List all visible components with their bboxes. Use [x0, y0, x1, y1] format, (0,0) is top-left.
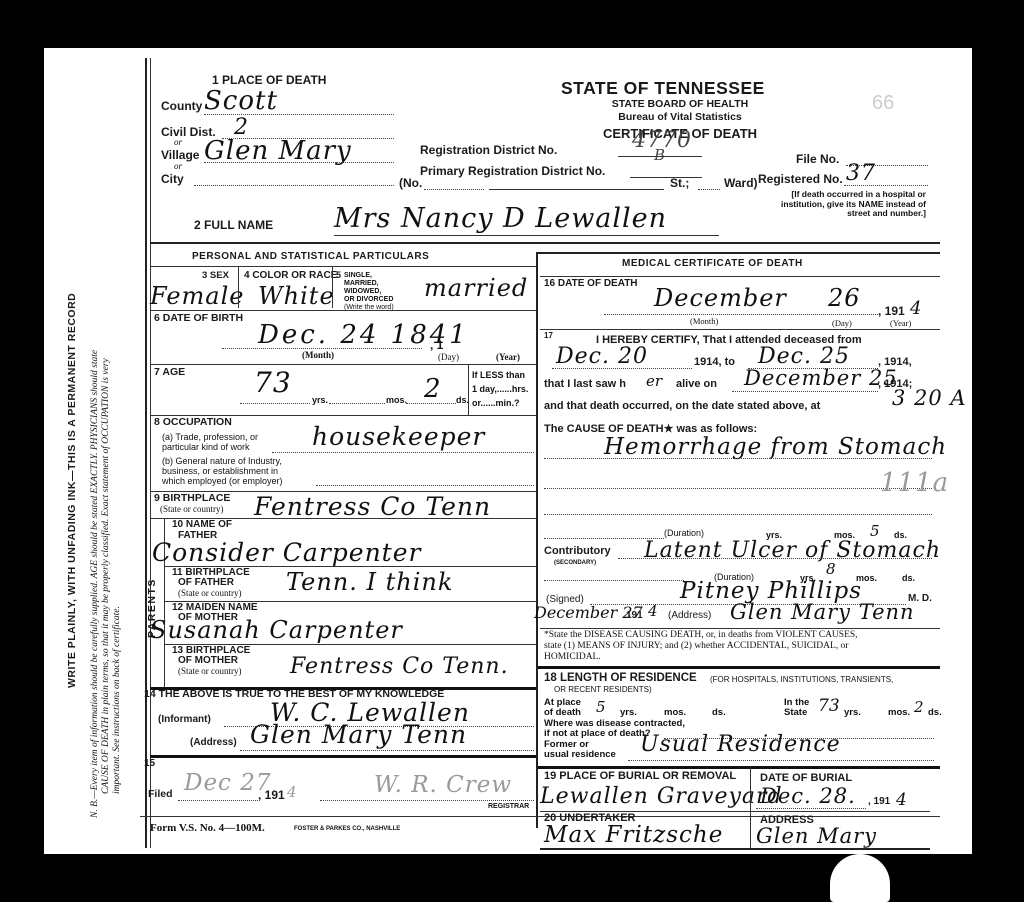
- birthplace-value: Fentress Co Tenn: [254, 492, 491, 521]
- age-years-line: [240, 403, 310, 404]
- months-caption: mos.: [664, 708, 686, 718]
- at-place-label: of death: [544, 708, 581, 718]
- former-residence-value: Usual Residence: [640, 732, 841, 757]
- frame-left-rule-inner: [150, 58, 151, 848]
- mother-birthplace-sublabel: (State or country): [178, 666, 241, 676]
- personal-section-title: PERSONAL AND STATISTICAL PARTICULARS: [192, 251, 429, 262]
- former-residence-line: [628, 760, 934, 761]
- footnote-line-2: state (1) MEANS OF INJURY; and (2) wheth…: [544, 641, 848, 652]
- contributory-duration-months: 8: [826, 560, 836, 578]
- father-name-value: Consider Carpenter: [152, 538, 421, 567]
- years-caption: yrs.: [620, 708, 637, 718]
- death-day-value: 26: [828, 284, 861, 312]
- torn-paper-edge: [830, 854, 890, 902]
- filed-label: Filed: [148, 788, 173, 800]
- burial-year-prefix: , 191: [868, 796, 890, 807]
- cause-of-death-value: Hemorrhage from Stomach: [604, 434, 947, 460]
- printer-credit: FOSTER & PARKES CO., NASHVILLE: [294, 825, 400, 833]
- burial-date-line: [756, 808, 866, 809]
- death-certificate: WRITE PLAINLY, WITH UNFADING INK—THIS IS…: [44, 48, 972, 854]
- marital-option: OR DIVORCED: [344, 296, 393, 304]
- instructions-note-2: CAUSE OF DEATH in plain terms, so that i…: [101, 358, 111, 794]
- registered-number-value: 37: [846, 161, 876, 186]
- father-name-label: 10 NAME OF: [172, 520, 232, 530]
- signed-year-prefix: 191: [626, 610, 643, 621]
- residence-label: 18 LENGTH OF RESIDENCE: [544, 672, 697, 684]
- physician-address-value: Glen Mary Tenn: [730, 600, 915, 624]
- filing-number: 15: [144, 758, 155, 769]
- marital-option: WIDOWED,: [344, 288, 381, 296]
- street-line: [489, 189, 664, 190]
- primary-registration-line: [630, 177, 702, 178]
- cause-code: 111a: [880, 468, 949, 498]
- informant-address-label: (Address): [190, 737, 237, 748]
- years-caption: yrs.: [312, 395, 328, 405]
- death-month-value: December: [654, 284, 787, 312]
- mother-name-value: Susanah Carpenter: [150, 616, 403, 644]
- row-rule: [150, 364, 536, 365]
- mother-birthplace-value: Fentress Co Tenn.: [290, 654, 509, 679]
- mother-birthplace-label: OF MOTHER: [178, 656, 238, 666]
- last-saw-line: [732, 391, 878, 392]
- frame-left-rule: [145, 58, 147, 848]
- months-caption: mos.: [386, 395, 407, 405]
- months-caption: mos.: [888, 708, 910, 718]
- disease-contracted-label: if not at place of death?: [544, 729, 651, 739]
- village-line: [204, 162, 394, 163]
- county-label: County: [161, 99, 202, 113]
- duration-label: (Duration): [664, 528, 704, 538]
- street-number-label: (No.: [399, 176, 422, 190]
- cause-line-3: [544, 514, 932, 515]
- age-days-line: [406, 403, 456, 404]
- dob-label: 6 DATE OF BIRTH: [154, 312, 243, 324]
- month-caption: (Month): [690, 316, 718, 326]
- footnote-line-3: HOMICIDAL.: [544, 652, 601, 663]
- section-rule: [538, 666, 940, 669]
- industry-label: business, or establishment in: [162, 466, 278, 476]
- form-number: Form V.S. No. 4—100M.: [150, 822, 265, 834]
- marital-option: SINGLE,: [344, 272, 372, 280]
- year-caption: (Year): [890, 318, 911, 328]
- burial-date-value: Dec. 28.: [760, 784, 856, 808]
- informant-address-value: Glen Mary Tenn: [250, 720, 467, 749]
- row-rule: [540, 329, 940, 330]
- medical-title-rule: [540, 276, 940, 277]
- secondary-label: (SECONDARY): [554, 559, 596, 567]
- registration-district-label: Registration District No.: [420, 143, 557, 157]
- residence-note: (FOR HOSPITALS, INSTITUTIONS, TRANSIENTS…: [710, 676, 893, 684]
- burial-place-value: Lewallen Graveyard: [540, 784, 783, 809]
- instructions-note-1: N. B.—Every item of information should b…: [90, 350, 101, 818]
- father-birthplace-sublabel: (State or country): [178, 588, 241, 598]
- row-rule: [540, 628, 940, 629]
- village-label: Village: [161, 148, 199, 162]
- marital-value: married: [424, 274, 528, 302]
- industry-line: [316, 485, 534, 486]
- registration-district-line: [618, 156, 702, 157]
- footnote-line-1: *State the DISEASE CAUSING DEATH, or, in…: [544, 630, 858, 641]
- section-rule: [150, 755, 536, 758]
- in-state-years-value: 73: [818, 696, 840, 716]
- former-residence-label: usual residence: [544, 750, 616, 760]
- contributory-label: Contributory: [544, 545, 611, 557]
- day-caption: (Day): [832, 318, 852, 328]
- primary-registration-label: Primary Registration District No.: [420, 164, 605, 178]
- occupation-label: 8 OCCUPATION: [154, 416, 232, 428]
- father-birthplace-label: OF FATHER: [178, 578, 234, 588]
- state-title: STATE OF TENNESSEE: [561, 78, 765, 99]
- ward-line: [698, 189, 720, 190]
- marital-option: MARRIED,: [344, 280, 379, 288]
- month-caption: (Month): [302, 350, 334, 360]
- years-caption: yrs.: [844, 708, 861, 718]
- last-saw-pronoun: er: [646, 372, 662, 390]
- attended-from-year: 1914, to: [694, 356, 735, 368]
- section-rule: [538, 766, 940, 769]
- registrar-line: [320, 800, 534, 801]
- filed-year-value: 4: [287, 783, 297, 801]
- personal-title-rule: [150, 266, 536, 267]
- death-year-prefix: , 191: [878, 304, 905, 318]
- registrar-label: REGISTRAR: [488, 803, 529, 811]
- undertaker-value: Max Fritzsche: [544, 822, 723, 848]
- burial-date-label: DATE OF BURIAL: [760, 772, 852, 784]
- sex-label: 3 SEX: [202, 270, 229, 281]
- less-than-minutes: or......min.?: [472, 398, 520, 408]
- stamp-number: 66: [872, 92, 894, 115]
- burial-place-label: 19 PLACE OF BURIAL OR REMOVAL: [544, 770, 736, 782]
- street-label: St.;: [670, 176, 689, 190]
- county-line: [204, 114, 394, 115]
- bottom-rule-right: [540, 848, 930, 850]
- industry-label: which employed (or employer): [162, 476, 283, 486]
- father-birthplace-value: Tenn. I think: [286, 568, 453, 596]
- city-label: City: [161, 172, 184, 186]
- attended-from-value: Dec. 20: [556, 344, 648, 369]
- burial-divider: [750, 766, 751, 848]
- sex-value: Female: [150, 282, 245, 310]
- dob-year-prefix: , 1: [430, 338, 443, 352]
- filed-year-prefix: , 191: [258, 788, 285, 802]
- contributory-line: [618, 558, 932, 559]
- registered-number-line: [844, 185, 928, 186]
- column-divider: [536, 253, 538, 828]
- bottom-rule: [140, 816, 940, 817]
- registered-number-label: Registered No.: [758, 172, 843, 186]
- board-title: STATE BOARD OF HEALTH: [600, 98, 760, 110]
- informant-address-line: [240, 750, 534, 751]
- signed-year-value: 4: [648, 602, 658, 620]
- instructions-note-3: important. See instructions on back of c…: [112, 606, 122, 794]
- or-label: or: [174, 137, 182, 147]
- sex-divider: [238, 266, 239, 308]
- death-date-line: [604, 314, 878, 315]
- physician-address-label: (Address): [668, 610, 711, 621]
- contributory-duration-line: [544, 580, 684, 581]
- occupation-a-label: particular kind of work: [162, 442, 250, 452]
- days-caption: ds.: [902, 573, 915, 583]
- medical-title-rule-top: [536, 252, 940, 254]
- burial-year-value: 4: [896, 790, 907, 810]
- days-caption: ds.: [712, 708, 726, 718]
- occupation-a-label: (a) Trade, profession, or: [162, 432, 258, 442]
- row-rule: [150, 310, 536, 311]
- full-name-line: [334, 235, 719, 236]
- full-name-value: Mrs Nancy D Lewallen: [334, 203, 667, 234]
- age-years-value: 73: [254, 366, 292, 399]
- contributory-value: Latent Ulcer of Stomach: [644, 538, 941, 563]
- certify-number: 17: [544, 331, 553, 340]
- file-number-label: File No.: [796, 152, 839, 166]
- age-days-value: 2: [424, 374, 442, 404]
- cause-line-1: [544, 458, 932, 459]
- less-than-label: If LESS than: [472, 370, 525, 380]
- last-saw-date-value: December 25: [744, 366, 898, 390]
- age-months-line: [329, 403, 385, 404]
- number-line: [424, 189, 484, 190]
- less-than-hours: 1 day,......hrs.: [472, 384, 528, 394]
- filed-date-line: [178, 800, 258, 801]
- dob-line: [222, 348, 422, 349]
- date-of-death-label: 16 DATE OF DEATH: [544, 278, 638, 289]
- cause-line-2: [544, 488, 932, 489]
- hospital-note: [If death occurred in a hospital or inst…: [766, 190, 926, 219]
- or-label: or: [174, 161, 182, 171]
- residence-note: OR RECENT RESIDENTS): [554, 686, 652, 694]
- year-caption: (Year): [496, 352, 520, 362]
- age-label: 7 AGE: [154, 366, 185, 378]
- last-saw-label: that I last saw h: [544, 378, 626, 390]
- in-state-days-value: 2: [914, 698, 924, 716]
- day-caption: (Day): [438, 352, 459, 362]
- full-name-label: 2 FULL NAME: [194, 218, 273, 232]
- name-divider: [150, 242, 940, 244]
- industry-label: (b) General nature of Industry,: [162, 456, 282, 466]
- birthplace-label: 9 BIRTHPLACE: [154, 492, 230, 504]
- death-time-value: 3 20 A: [892, 386, 967, 410]
- informant-label: (Informant): [158, 714, 211, 725]
- race-divider: [332, 266, 333, 308]
- attended-from-line: [552, 368, 692, 369]
- less-than-divider: [468, 364, 469, 416]
- city-line: [194, 185, 394, 186]
- death-occurred-label: and that death occurred, on the date sta…: [544, 400, 820, 412]
- county-value: Scott: [204, 86, 278, 116]
- undertaker-address-value: Glen Mary: [756, 824, 877, 848]
- race-value: White: [258, 282, 335, 310]
- ward-label: Ward): [724, 176, 758, 190]
- medical-section-title: MEDICAL CERTIFICATE OF DEATH: [622, 258, 803, 269]
- occupation-value: housekeeper: [312, 422, 485, 451]
- in-state-label: State: [784, 708, 807, 718]
- last-saw-label: alive on: [676, 378, 717, 390]
- place-of-death-label: 1 PLACE OF DEATH: [212, 73, 326, 87]
- registration-district-subvalue: B: [654, 146, 666, 164]
- birthplace-sublabel: (State or country): [160, 504, 223, 514]
- marital-label-number: 5: [336, 270, 341, 280]
- race-label: 4 COLOR OR RACE: [244, 270, 337, 281]
- death-year-value: 4: [910, 298, 921, 319]
- occupation-line: [272, 452, 534, 453]
- bureau-title: Bureau of Vital Statistics: [600, 111, 760, 123]
- days-caption: ds.: [928, 708, 942, 718]
- permanent-record-banner: WRITE PLAINLY, WITH UNFADING INK—THIS IS…: [66, 293, 78, 688]
- at-place-years-value: 5: [596, 698, 606, 716]
- registrar-signature: W. R. Crew: [374, 772, 512, 798]
